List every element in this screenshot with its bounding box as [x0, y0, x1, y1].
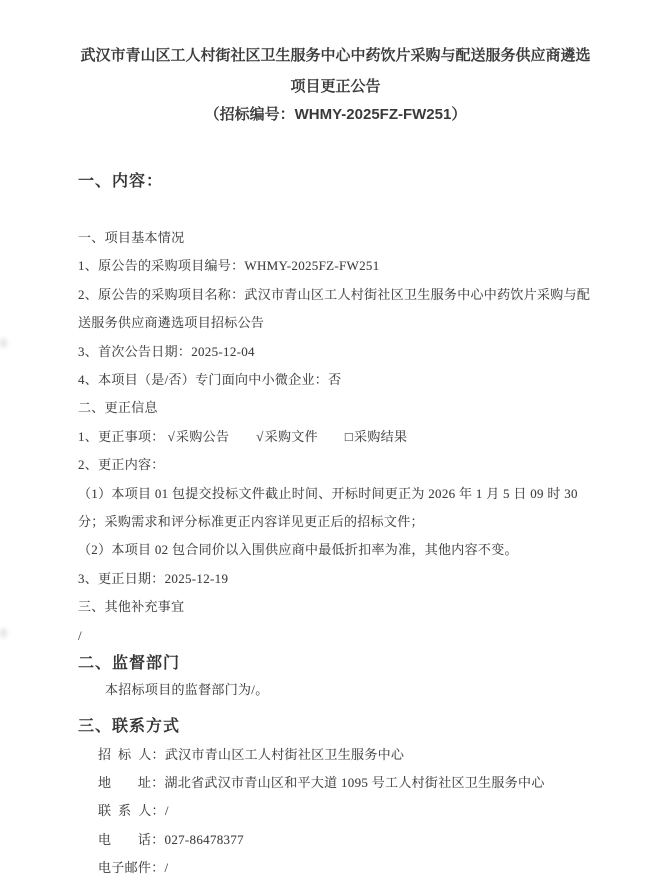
section-heading-content: 一、内容： [78, 170, 593, 194]
part-correction-heading: 二、更正信息 [78, 394, 593, 422]
contact-label: 地 址： [98, 775, 165, 790]
section-heading-contact: 三、联系方式 [78, 715, 593, 739]
sme-oriented-line: 4、本项目（是/否）专门面向中小微企业：否 [78, 366, 593, 394]
correction-items-line: 1、更正事项：√采购公告√采购文件□采购结果 [78, 423, 593, 451]
title-line-2: 项目更正公告 [78, 71, 593, 102]
contact-row-phone: 电 话：027-86478377 [98, 826, 593, 854]
supervision-text: 本招标项目的监督部门为/。 [78, 676, 593, 704]
contact-row-bidder: 招 标 人：武汉市青山区工人村街社区卫生服务中心 [98, 741, 593, 769]
correction-detail-1: （1）本项目 01 包提交投标文件截止时间、开标时间更正为 2026 年 1 月… [78, 480, 593, 537]
check-mark-icon: √ [168, 429, 175, 444]
contact-value: 027-86478377 [165, 832, 244, 847]
section-heading-supervision: 二、监督部门 [78, 652, 593, 676]
document-page: 武汉市青山区工人村街社区卫生服务中心中药饮片采购与配送服务供应商遴选 项目更正公… [0, 0, 670, 892]
contact-row-email: 电子邮件：/ [98, 854, 593, 882]
contact-value: 湖北省武汉市青山区和平大道 1095 号工人村街社区卫生服务中心 [165, 775, 545, 790]
correction-option-label: 采购公告 [176, 429, 229, 444]
other-supplementary-content: / [78, 622, 593, 650]
title-line-1: 武汉市青山区工人村街社区卫生服务中心中药饮片采购与配送服务供应商遴选 [78, 40, 593, 71]
bid-number: （招标编号：WHMY-2025FZ-FW251） [78, 104, 593, 126]
content-body: 一、项目基本情况 1、原公告的采购项目编号：WHMY-2025FZ-FW251 … [78, 224, 593, 650]
correction-option-label: 采购结果 [354, 429, 407, 444]
original-project-number: 1、原公告的采购项目编号：WHMY-2025FZ-FW251 [78, 252, 593, 280]
correction-items-label: 1、更正事项： [78, 429, 165, 444]
document-title: 武汉市青山区工人村街社区卫生服务中心中药饮片采购与配送服务供应商遴选 项目更正公… [78, 40, 593, 102]
contact-row-address: 地 址：湖北省武汉市青山区和平大道 1095 号工人村街社区卫生服务中心 [98, 769, 593, 797]
contact-label: 电 话： [98, 832, 165, 847]
scan-artifact [0, 628, 7, 638]
contact-value: 武汉市青山区工人村街社区卫生服务中心 [165, 747, 404, 762]
original-project-name: 2、原公告的采购项目名称：武汉市青山区工人村街社区卫生服务中心中药饮片采购与配送… [78, 281, 593, 338]
contact-label: 招 标 人： [98, 747, 165, 762]
correction-detail-2: （2）本项目 02 包合同价以入围供应商中最低折扣率为准，其他内容不变。 [78, 536, 593, 564]
scan-artifact [0, 338, 7, 348]
empty-checkbox-icon: □ [345, 429, 353, 444]
contact-label: 联 系 人： [98, 803, 165, 818]
correction-option-procurement-result: □采购结果 [345, 429, 407, 444]
correction-date: 3、更正日期：2025-12-19 [78, 565, 593, 593]
part-basic-heading: 一、项目基本情况 [78, 224, 593, 252]
correction-option-label: 采购文件 [265, 429, 318, 444]
part-other-heading: 三、其他补充事宜 [78, 593, 593, 621]
contact-row-person: 联 系 人：/ [98, 797, 593, 825]
contact-value: / [165, 803, 169, 818]
correction-option-procurement-announcement: √采购公告 [168, 429, 230, 444]
correction-content-label: 2、更正内容： [78, 451, 593, 479]
contact-block: 招 标 人：武汉市青山区工人村街社区卫生服务中心 地 址：湖北省武汉市青山区和平… [78, 741, 593, 883]
correction-option-procurement-document: √采购文件 [256, 429, 318, 444]
contact-value: / [165, 860, 169, 875]
contact-label: 电子邮件： [98, 860, 165, 875]
first-announcement-date: 3、首次公告日期：2025-12-04 [78, 338, 593, 366]
check-mark-icon: √ [256, 429, 263, 444]
